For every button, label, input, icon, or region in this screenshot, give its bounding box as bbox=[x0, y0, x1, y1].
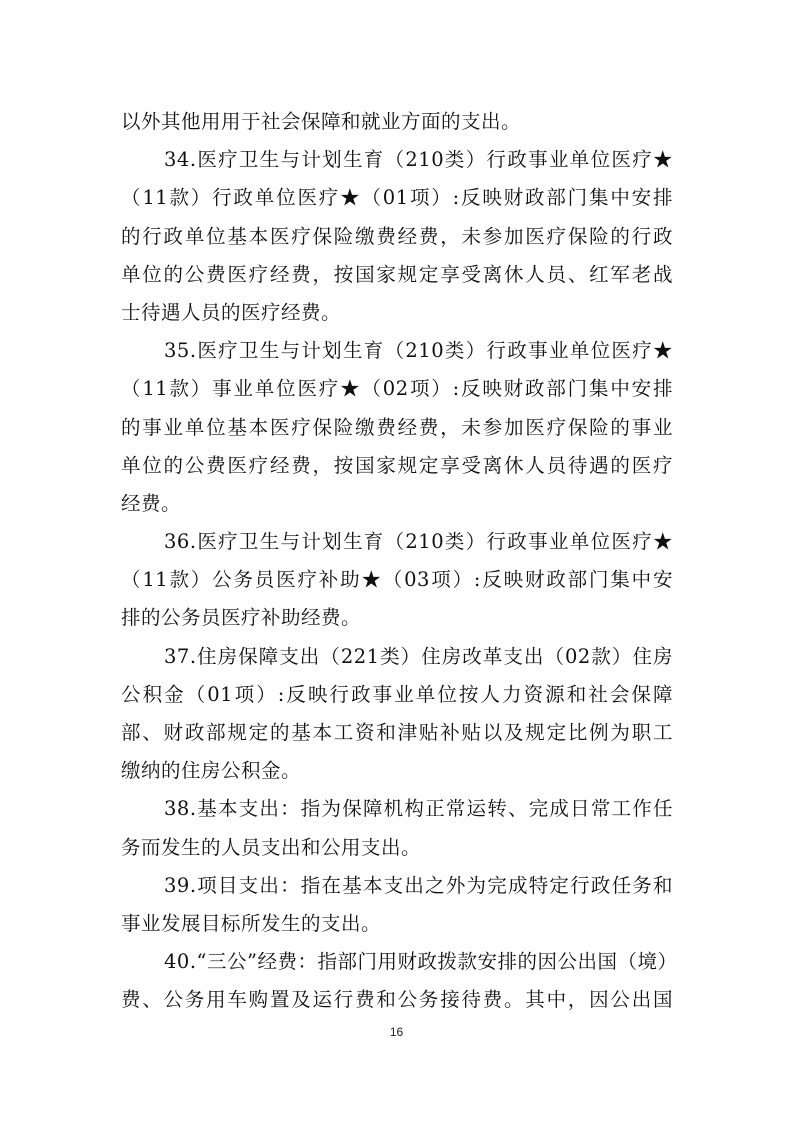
paragraph-item-34: 34.医疗卫生与计划生育（210类）行政事业单位医疗★ （11款）行政单位医疗★… bbox=[121, 141, 673, 332]
text-line: 事业发展目标所发生的支出。 bbox=[121, 905, 673, 943]
document-page: 以外其他用用于社会保障和就业方面的支出。 34.医疗卫生与计划生育（210类）行… bbox=[0, 0, 793, 1122]
text-line: 排的公务员医疗补助经费。 bbox=[121, 599, 673, 637]
text-line: （11款）公务员医疗补助★（03项）:反映财政部门集中安 bbox=[121, 561, 673, 599]
text-line: （11款）行政单位医疗★（01项）:反映财政部门集中安排 bbox=[121, 179, 673, 217]
text-line: 的事业单位基本医疗保险缴费经费，未参加医疗保险的事业 bbox=[121, 409, 673, 447]
paragraph-item-36: 36.医疗卫生与计划生育（210类）行政事业单位医疗★ （11款）公务员医疗补助… bbox=[121, 523, 673, 638]
text-line: 36.医疗卫生与计划生育（210类）行政事业单位医疗★ bbox=[121, 523, 673, 561]
paragraph-continuation: 以外其他用用于社会保障和就业方面的支出。 bbox=[121, 103, 673, 141]
text-line: 单位的公费医疗经费，按国家规定享受离休人员、红军老战 bbox=[121, 256, 673, 294]
paragraph-item-40: 40.“三公”经费：指部门用财政拨款安排的因公出国（境） 费、公务用车购置及运行… bbox=[121, 943, 673, 1019]
text-line: 以外其他用用于社会保障和就业方面的支出。 bbox=[121, 103, 673, 141]
text-line: 34.医疗卫生与计划生育（210类）行政事业单位医疗★ bbox=[121, 141, 673, 179]
text-line: 士待遇人员的医疗经费。 bbox=[121, 294, 673, 332]
page-number: 16 bbox=[0, 1025, 793, 1039]
paragraph-item-38: 38.基本支出：指为保障机构正常运转、完成日常工作任 务而发生的人员支出和公用支… bbox=[121, 790, 673, 866]
text-line: 39.项目支出：指在基本支出之外为完成特定行政任务和 bbox=[121, 867, 673, 905]
text-line: 缴纳的住房公积金。 bbox=[121, 752, 673, 790]
text-line: 务而发生的人员支出和公用支出。 bbox=[121, 829, 673, 867]
text-line: 单位的公费医疗经费，按国家规定享受离休人员待遇的医疗 bbox=[121, 447, 673, 485]
text-line: （11款）事业单位医疗★（02项）:反映财政部门集中安排 bbox=[121, 370, 673, 408]
paragraph-item-37: 37.住房保障支出（221类）住房改革支出（02款）住房 公积金（01项）:反映… bbox=[121, 638, 673, 791]
document-body: 以外其他用用于社会保障和就业方面的支出。 34.医疗卫生与计划生育（210类）行… bbox=[121, 103, 673, 1020]
paragraph-item-35: 35.医疗卫生与计划生育（210类）行政事业单位医疗★ （11款）事业单位医疗★… bbox=[121, 332, 673, 523]
text-line: 的行政单位基本医疗保险缴费经费，未参加医疗保险的行政 bbox=[121, 218, 673, 256]
text-line: 经费。 bbox=[121, 485, 673, 523]
text-line: 40.“三公”经费：指部门用财政拨款安排的因公出国（境） bbox=[121, 943, 673, 981]
text-line: 35.医疗卫生与计划生育（210类）行政事业单位医疗★ bbox=[121, 332, 673, 370]
text-line: 38.基本支出：指为保障机构正常运转、完成日常工作任 bbox=[121, 790, 673, 828]
text-line: 37.住房保障支出（221类）住房改革支出（02款）住房 bbox=[121, 638, 673, 676]
text-line: 费、公务用车购置及运行费和公务接待费。其中，因公出国 bbox=[121, 981, 673, 1019]
text-line: 公积金（01项）:反映行政事业单位按人力资源和社会保障 bbox=[121, 676, 673, 714]
text-line: 部、财政部规定的基本工资和津贴补贴以及规定比例为职工 bbox=[121, 714, 673, 752]
paragraph-item-39: 39.项目支出：指在基本支出之外为完成特定行政任务和 事业发展目标所发生的支出。 bbox=[121, 867, 673, 943]
